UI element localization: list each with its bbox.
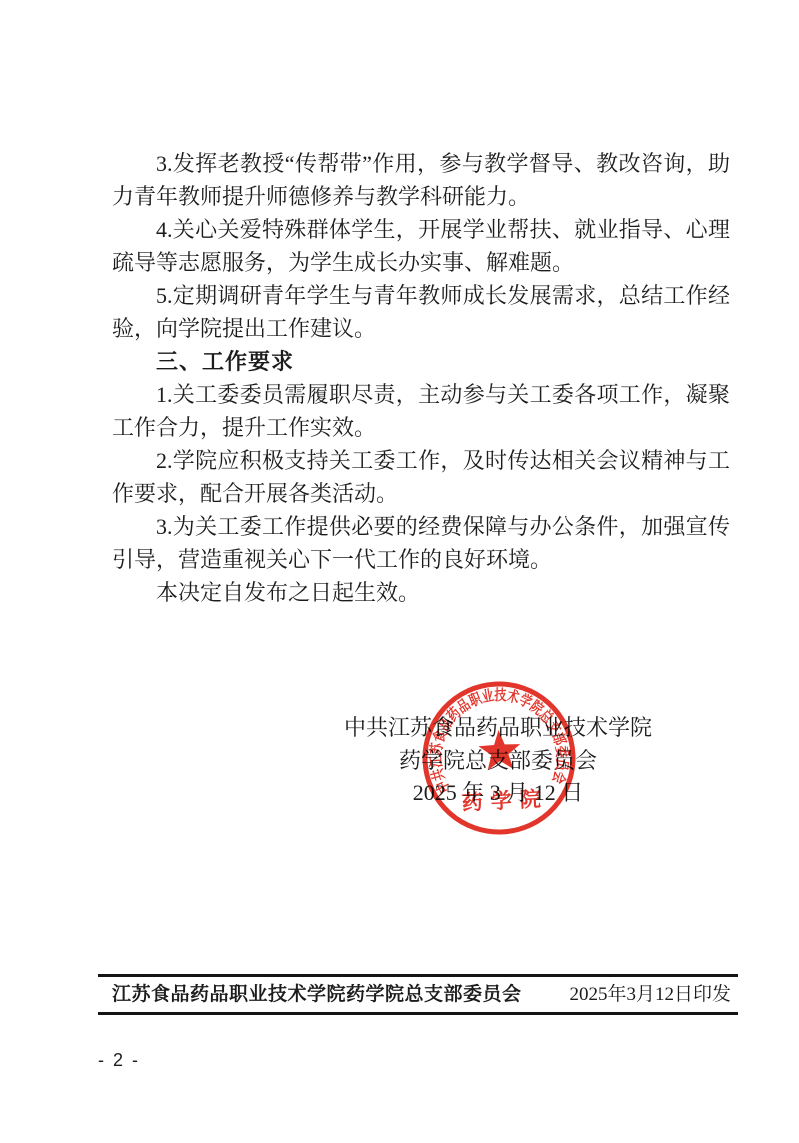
- paragraph: 4.关心关爱特殊群体学生，开展学业帮扶、就业指导、心理疏导等志愿服务，为学生成长…: [112, 213, 730, 279]
- signature-date: 2025 年 3 月 12 日: [298, 777, 698, 810]
- paragraph: 1.关工委委员需履职尽责，主动参与关工委各项工作，凝聚工作合力，提升工作实效。: [112, 378, 730, 444]
- closing-statement: 本决定自发布之日起生效。: [112, 576, 730, 609]
- paragraph: 5.定期调研青年学生与青年教师成长发展需求，总结工作经验，向学院提出工作建议。: [112, 279, 730, 345]
- paragraph: 3.发挥老教授“传帮带”作用，参与教学督导、教改咨询，助力青年教师提升师德修养与…: [112, 147, 730, 213]
- footer-issuer: 江苏食品药品职业技术学院药学院总支部委员会: [112, 983, 522, 1007]
- footer: 江苏食品药品职业技术学院药学院总支部委员会 2025年3月12日印发: [112, 983, 731, 1007]
- footer-bottom-rule: [98, 1012, 738, 1015]
- paragraph: 2.学院应积极支持关工委工作，及时传达相关会议精神与工作要求，配合开展各类活动。: [112, 444, 730, 510]
- footer-top-rule: [98, 974, 738, 977]
- signature-org-line2: 药学院总支部委员会: [298, 745, 698, 778]
- footer-print-date: 2025年3月12日印发: [569, 983, 731, 1007]
- paragraph: 3.为关工委工作提供必要的经费保障与办公条件，加强宣传引导，营造重视关心下一代工…: [112, 510, 730, 576]
- signature-org-line1: 中共江苏食品药品职业技术学院: [298, 712, 698, 745]
- signature-block: 中共江苏食品药品职业技术学院 药学院总支部委员会 2025 年 3 月 12 日: [298, 712, 698, 810]
- document-page: 3.发挥老教授“传帮带”作用，参与教学督导、教改咨询，助力青年教师提升师德修养与…: [0, 0, 799, 1143]
- section-heading: 三、工作要求: [112, 345, 730, 378]
- page-number: - 2 -: [98, 1050, 140, 1071]
- document-body: 3.发挥老教授“传帮带”作用，参与教学督导、教改咨询，助力青年教师提升师德修养与…: [112, 147, 730, 609]
